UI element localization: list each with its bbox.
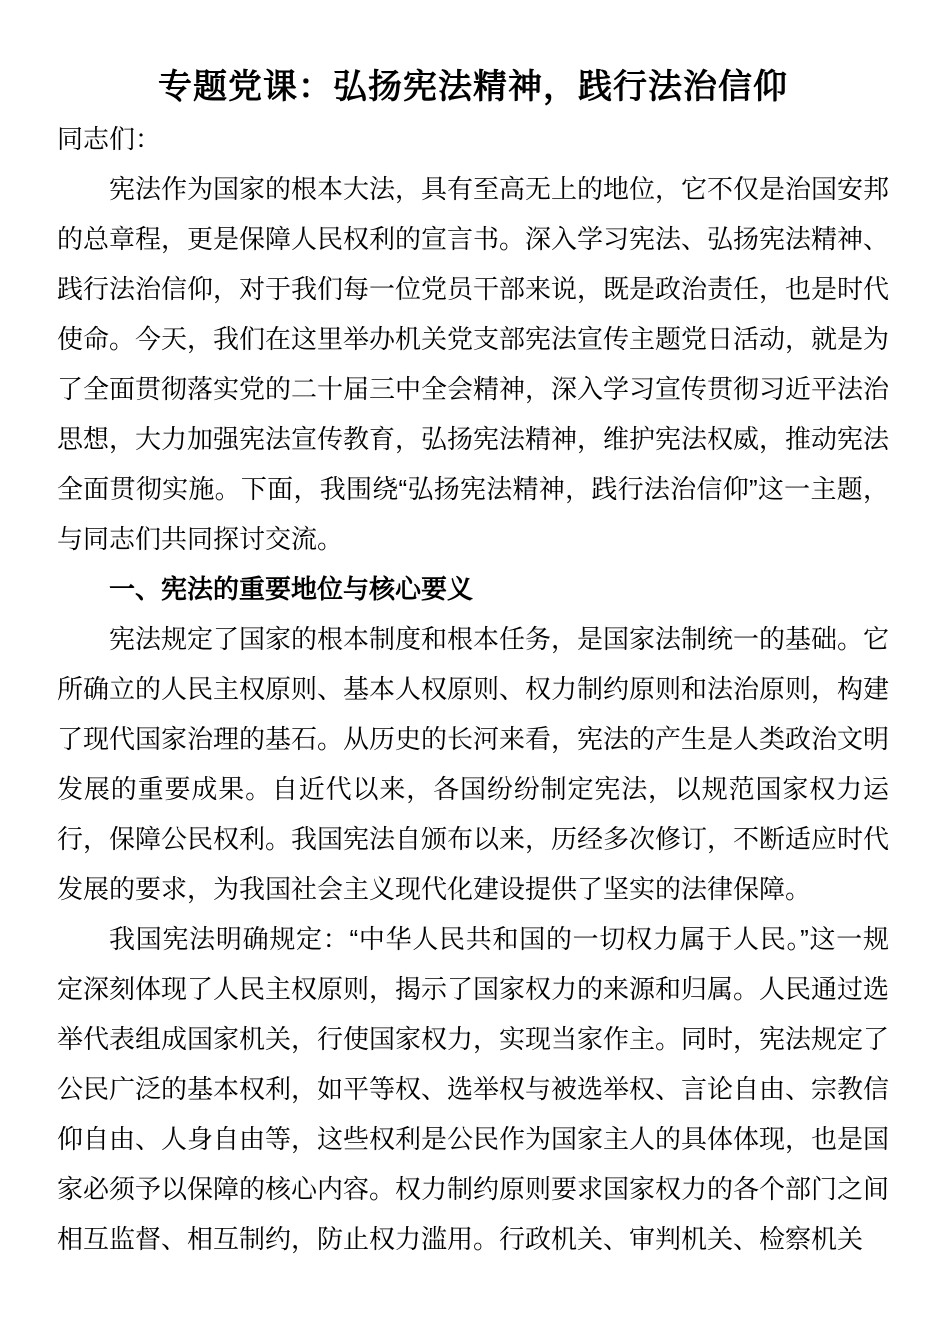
document-page: 专题党课：弘扬宪法精神，践行法治信仰 同志们： 宪法作为国家的根本大法，具有至高… [0, 0, 950, 1344]
intro-paragraph: 宪法作为国家的根本大法，具有至高无上的地位，它不仅是治国安邦的总章程，更是保障人… [57, 164, 889, 564]
section-heading-1: 一、宪法的重要地位与核心要义 [57, 564, 889, 614]
section-1-paragraph-1: 宪法规定了国家的根本制度和根本任务，是国家法制统一的基础。它所确立的人民主权原则… [57, 614, 889, 914]
section-1-paragraph-2: 我国宪法明确规定：“中华人民共和国的一切权力属于人民。”这一规定深刻体现了人民主… [57, 914, 889, 1264]
document-body: 同志们： 宪法作为国家的根本大法，具有至高无上的地位，它不仅是治国安邦的总章程，… [57, 114, 889, 1264]
page-title: 专题党课：弘扬宪法精神，践行法治信仰 [57, 64, 889, 110]
salutation-line: 同志们： [57, 114, 889, 164]
